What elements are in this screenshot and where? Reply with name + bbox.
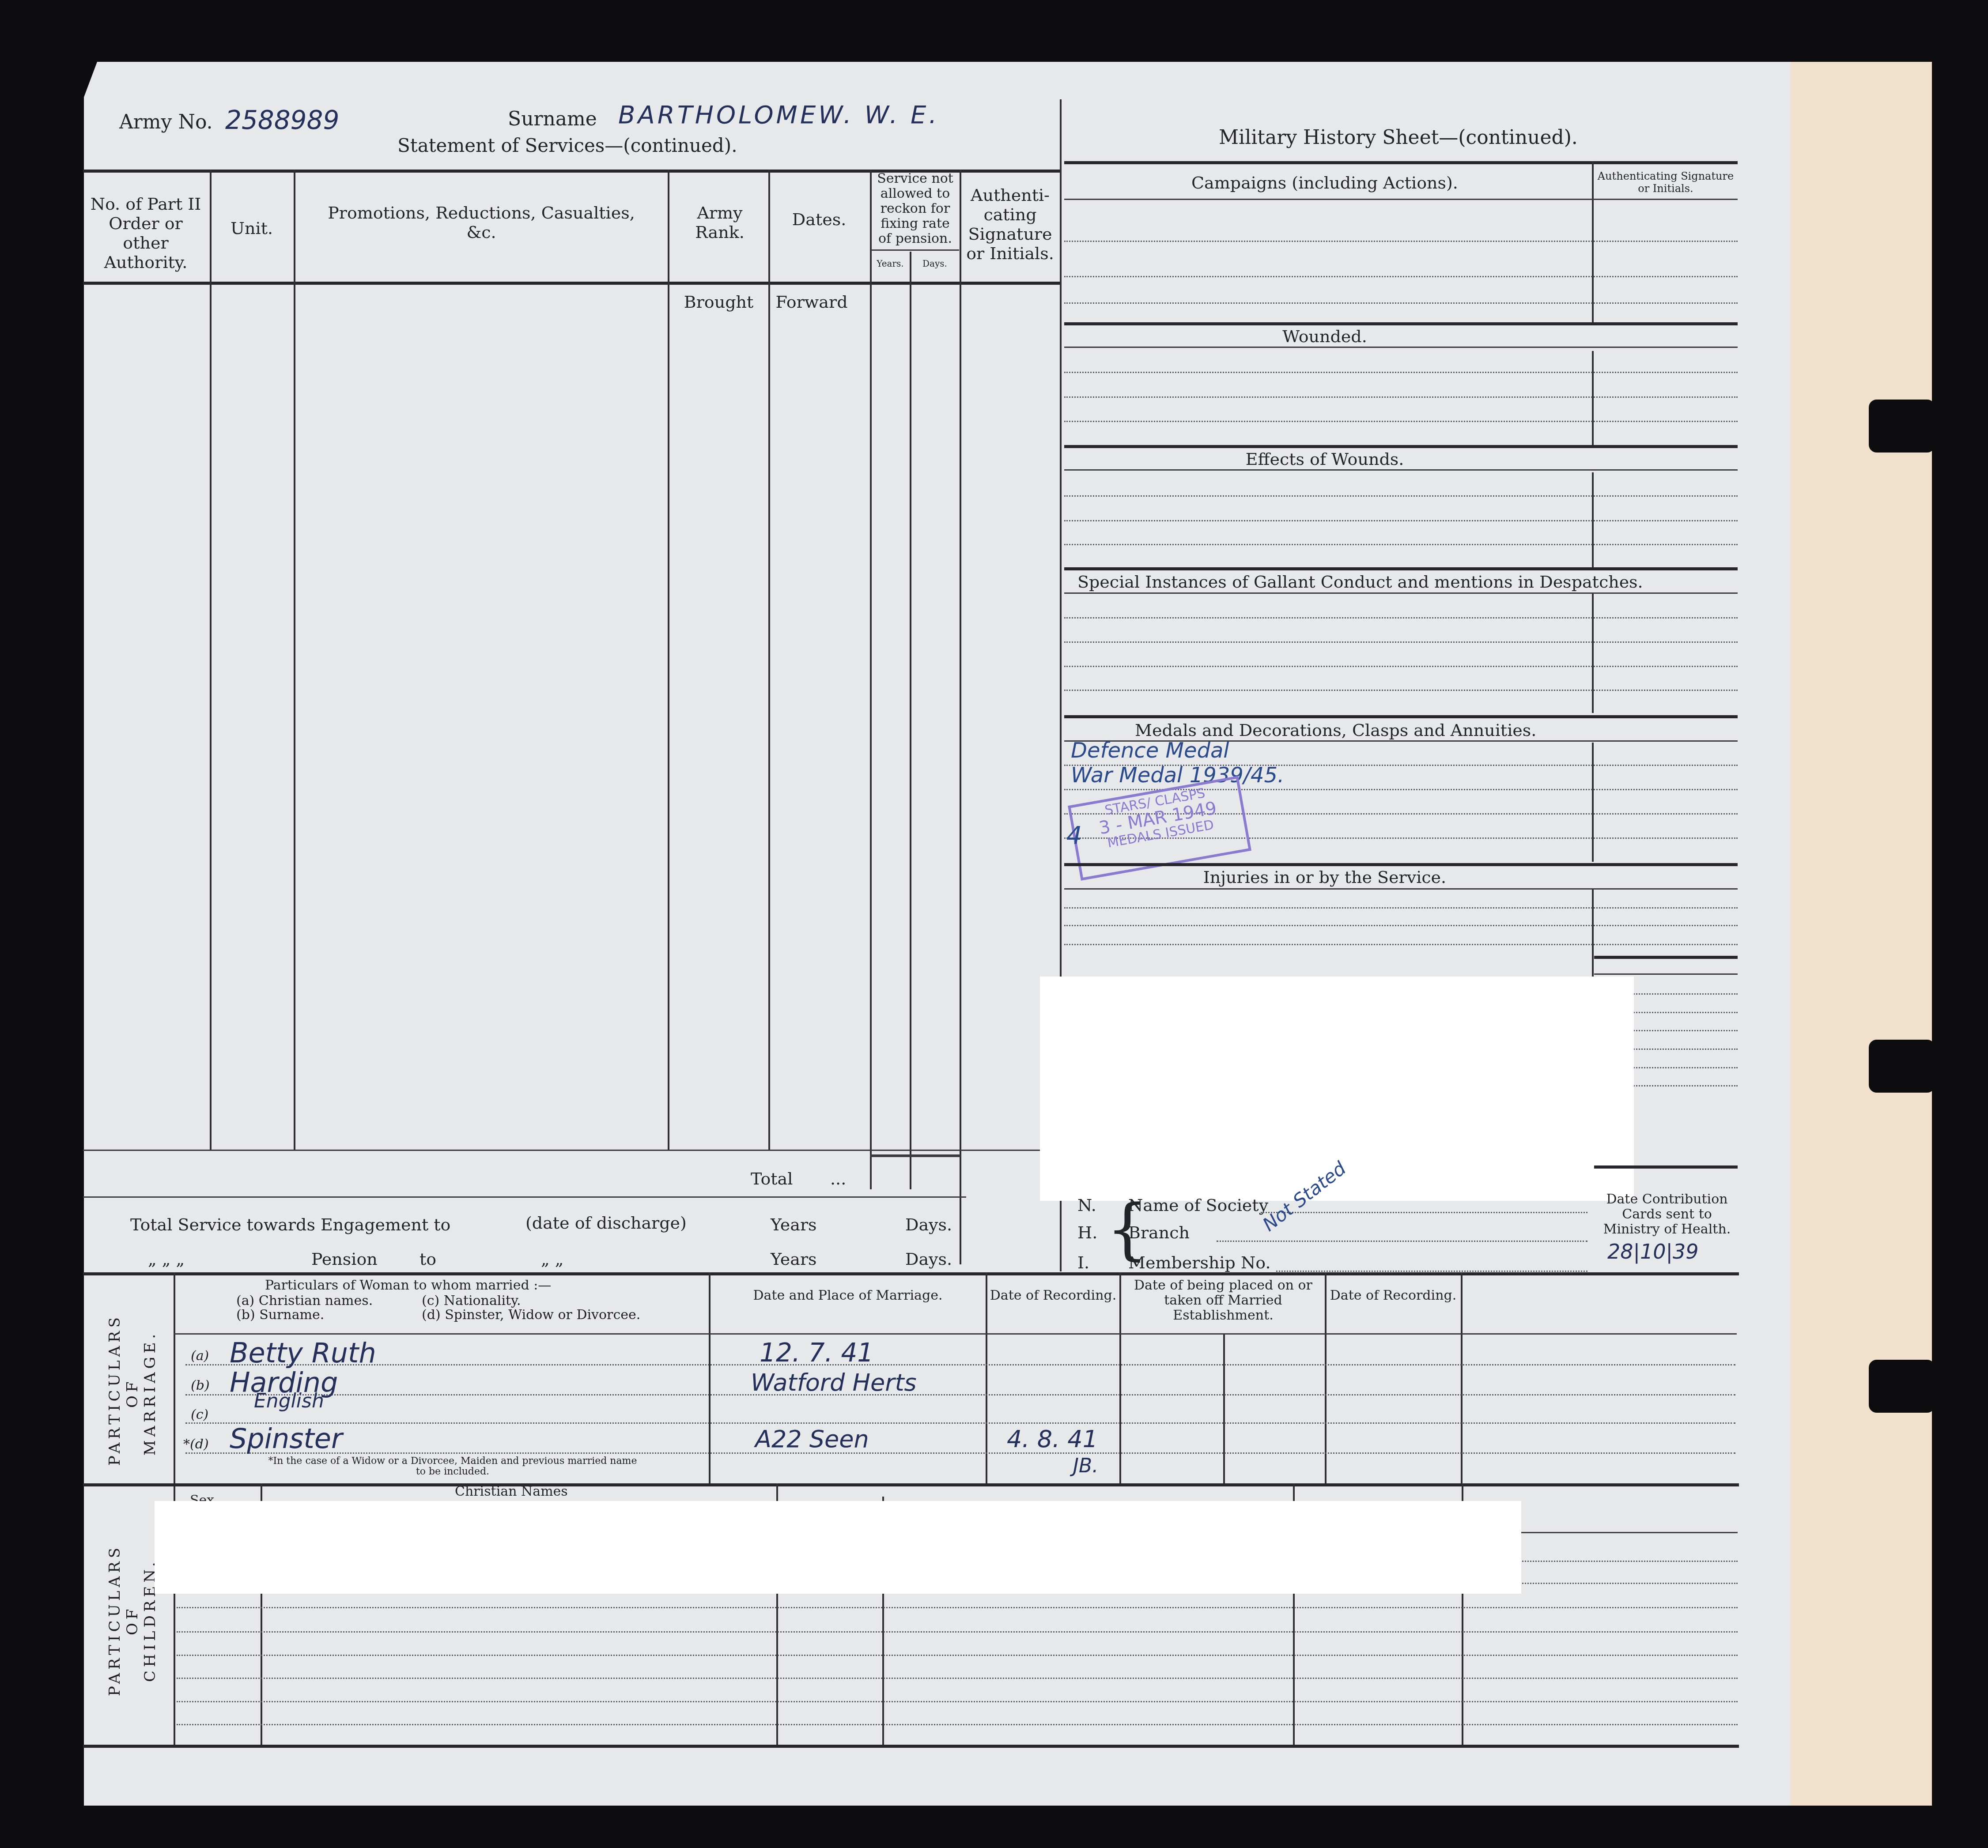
marriage-place: Watford Herts [751, 1369, 917, 1396]
date-contrib-value: 28|10|39 [1607, 1240, 1699, 1263]
entry-line [177, 1724, 1738, 1725]
medal-entry-2: War Medal 1939/45. [1071, 763, 1284, 788]
col-header-years: Years. [871, 256, 910, 271]
rule [1594, 1165, 1738, 1169]
col-established: Date of being placed on or taken off Mar… [1124, 1278, 1323, 1323]
entry-line [177, 1678, 1738, 1679]
entry-line [1064, 372, 1738, 373]
engagement-years: Years [771, 1215, 817, 1234]
engagement-date: (date of discharge) [525, 1213, 687, 1233]
total-label: Total [751, 1169, 793, 1188]
rule [1064, 161, 1738, 164]
entry-line [185, 1394, 1735, 1395]
col-christian-names: Christian Names [455, 1484, 568, 1499]
entry-line [1064, 666, 1738, 667]
entry-line [1064, 495, 1738, 497]
total-dots: ... [830, 1169, 846, 1188]
forward-label: Forward [772, 292, 851, 312]
entry-line [1064, 396, 1738, 398]
entry-line [1261, 1212, 1587, 1213]
entry-line [1064, 641, 1738, 643]
col-divider [668, 170, 669, 1150]
folder-edge [1791, 62, 1932, 1806]
army-no-label: Army No. [119, 113, 213, 132]
statement-title: Statement of Services—(continued). [397, 136, 737, 155]
rule [1594, 973, 1738, 975]
rule [1064, 199, 1738, 200]
nhi-h: H. [1077, 1223, 1097, 1242]
col-divider [1592, 743, 1594, 862]
engagement-prefix: Total Service towards Engagement to [130, 1215, 451, 1234]
entry-line [185, 1364, 1735, 1365]
auth-sig-header: Authenticating Signature or Initials. [1595, 170, 1736, 195]
col-header-days: Days. [911, 256, 959, 271]
seen-note: A22 Seen [755, 1425, 869, 1453]
pension-label: Pension [311, 1249, 378, 1269]
rule [1594, 956, 1738, 959]
effects-header: Effects of Wounds. [1104, 449, 1546, 469]
entry-line [177, 1701, 1738, 1702]
rule [1064, 567, 1738, 570]
rule [174, 1333, 1737, 1335]
col-divider [1592, 351, 1594, 446]
particulars-title: Particulars of Woman to whom married :— [265, 1278, 551, 1293]
nhi-i: I. [1077, 1253, 1089, 1272]
entry-line [1064, 907, 1738, 909]
pension-years: Years [771, 1249, 817, 1269]
entry-line [1064, 302, 1738, 304]
col-recording: Date of Recording. [989, 1288, 1117, 1303]
entry-line [1064, 925, 1738, 926]
campaigns-header: Campaigns (including Actions). [1104, 173, 1546, 192]
gallant-header: Special Instances of Gallant Conduct and… [1077, 572, 1643, 592]
entry-line [1064, 241, 1738, 242]
rule [1064, 863, 1738, 866]
children-side-label: PARTICULARS OF CHILDREN. [106, 1541, 150, 1700]
rule [1064, 888, 1738, 890]
entry-line [1064, 544, 1738, 545]
entry-line [185, 1452, 1735, 1454]
marriage-side-label: PARTICULARS OF MARRIAGE. [106, 1320, 150, 1466]
entry-line [177, 1655, 1738, 1656]
col-divider [210, 170, 212, 1150]
engagement-days: Days. [905, 1215, 952, 1234]
entry-line [1276, 1271, 1587, 1272]
military-title: Military History Sheet—(continued). [1219, 128, 1578, 147]
stamp-mark: 4 [1066, 821, 1082, 850]
rule [83, 1150, 1061, 1151]
army-no-value: 2588989 [225, 105, 339, 135]
col-divider [870, 170, 872, 1189]
key-d: (d) Spinster, Widow or Divorcee. [422, 1308, 640, 1323]
medals-header: Medals and Decorations, Clasps and Annui… [1135, 720, 1536, 740]
col-recording-2: Date of Recording. [1329, 1288, 1457, 1303]
brought-label: Brought [671, 292, 766, 312]
entry-line [177, 1631, 1738, 1633]
row-letter-a: (a) [191, 1349, 209, 1364]
binder-notch-1 [1869, 400, 1935, 453]
rule [1064, 592, 1738, 594]
col-divider [294, 170, 295, 1150]
surname-label: Surname [508, 109, 597, 129]
rule [83, 1272, 1739, 1275]
date-contrib-label: Date Contribution Cards sent to Ministry… [1596, 1192, 1738, 1237]
binder-notch-3 [1869, 1360, 1935, 1413]
binder-notch-2 [1869, 1040, 1935, 1093]
rule [1064, 715, 1738, 718]
wounded-header: Wounded. [1104, 327, 1546, 346]
rule [870, 1154, 960, 1157]
surname-value: BARTHOLOMEW. W. E. [618, 101, 939, 129]
col-header-dates: Dates. [773, 210, 865, 229]
col-header-unit: Unit. [212, 219, 291, 238]
entry-line [185, 1422, 1735, 1424]
nationality-value: English [254, 1390, 324, 1412]
col-divider [1592, 161, 1594, 324]
col-header-service-not-allowed: Service not allowed to reckon for fixing… [872, 171, 958, 246]
col-divider [1592, 594, 1594, 713]
rule [1064, 322, 1738, 325]
rule [871, 249, 959, 251]
branch-label: Branch [1128, 1223, 1190, 1242]
medal-entry-1: Defence Medal [1071, 738, 1229, 763]
marriage-footnote: *In the case of a Widow or a Divorcee, M… [265, 1456, 640, 1477]
col-header-rank: Army Rank. [680, 203, 760, 242]
pension-ditto2: „ „ [541, 1249, 563, 1269]
rule [83, 1483, 1739, 1486]
pension-ditto: „ „ „ [148, 1249, 185, 1269]
col-header-promotions: Promotions, Reductions, Casualties, &c. [327, 203, 636, 242]
key-b: (b) Surname. [236, 1308, 324, 1323]
injuries-header: Injuries in or by the Service. [1104, 867, 1546, 887]
rule [83, 1745, 1739, 1748]
status-value: Spinster [230, 1422, 342, 1455]
rule [1064, 469, 1738, 471]
col-divider [960, 170, 961, 1264]
entry-line [1064, 276, 1738, 277]
row-letter-d: *(d) [183, 1437, 209, 1452]
redaction-block-children [155, 1501, 1521, 1594]
entry-line [1064, 520, 1738, 521]
nhi-n: N. [1077, 1196, 1096, 1215]
pension-days: Days. [905, 1249, 952, 1269]
society-label: Name of Society [1128, 1196, 1268, 1215]
entry-line [1064, 617, 1738, 619]
recording-initials: JB. [1073, 1455, 1098, 1477]
row-letter-c: (c) [191, 1407, 208, 1422]
rule [1064, 445, 1738, 448]
col-date-place: Date and Place of Marriage. [713, 1288, 983, 1303]
entry-line [1064, 690, 1738, 691]
col-header-order: No. of Part II Order or other Authority. [84, 194, 208, 272]
entry-line [1064, 421, 1738, 422]
col-header-auth: Authenti-cating Signature or Initials. [963, 185, 1058, 263]
christian-names-value: Betty Ruth [230, 1337, 376, 1369]
key-c: (c) Nationality. [422, 1294, 521, 1309]
pension-to: to [420, 1249, 436, 1269]
entry-line [177, 1607, 1738, 1608]
entry-line [1064, 944, 1738, 945]
col-divider [768, 170, 770, 1150]
membership-label: Membership No. [1128, 1253, 1270, 1272]
key-a: (a) Christian names. [236, 1294, 373, 1309]
rule [83, 282, 1061, 285]
marriage-date: 12. 7. 41 [760, 1338, 873, 1368]
rule [1064, 347, 1738, 348]
rule [83, 1196, 966, 1198]
col-divider [910, 252, 911, 1189]
col-divider [1223, 1333, 1225, 1484]
row-letter-b: (b) [191, 1378, 210, 1393]
entry-line [1217, 1241, 1587, 1242]
recording-date: 4. 8. 41 [1007, 1425, 1098, 1453]
